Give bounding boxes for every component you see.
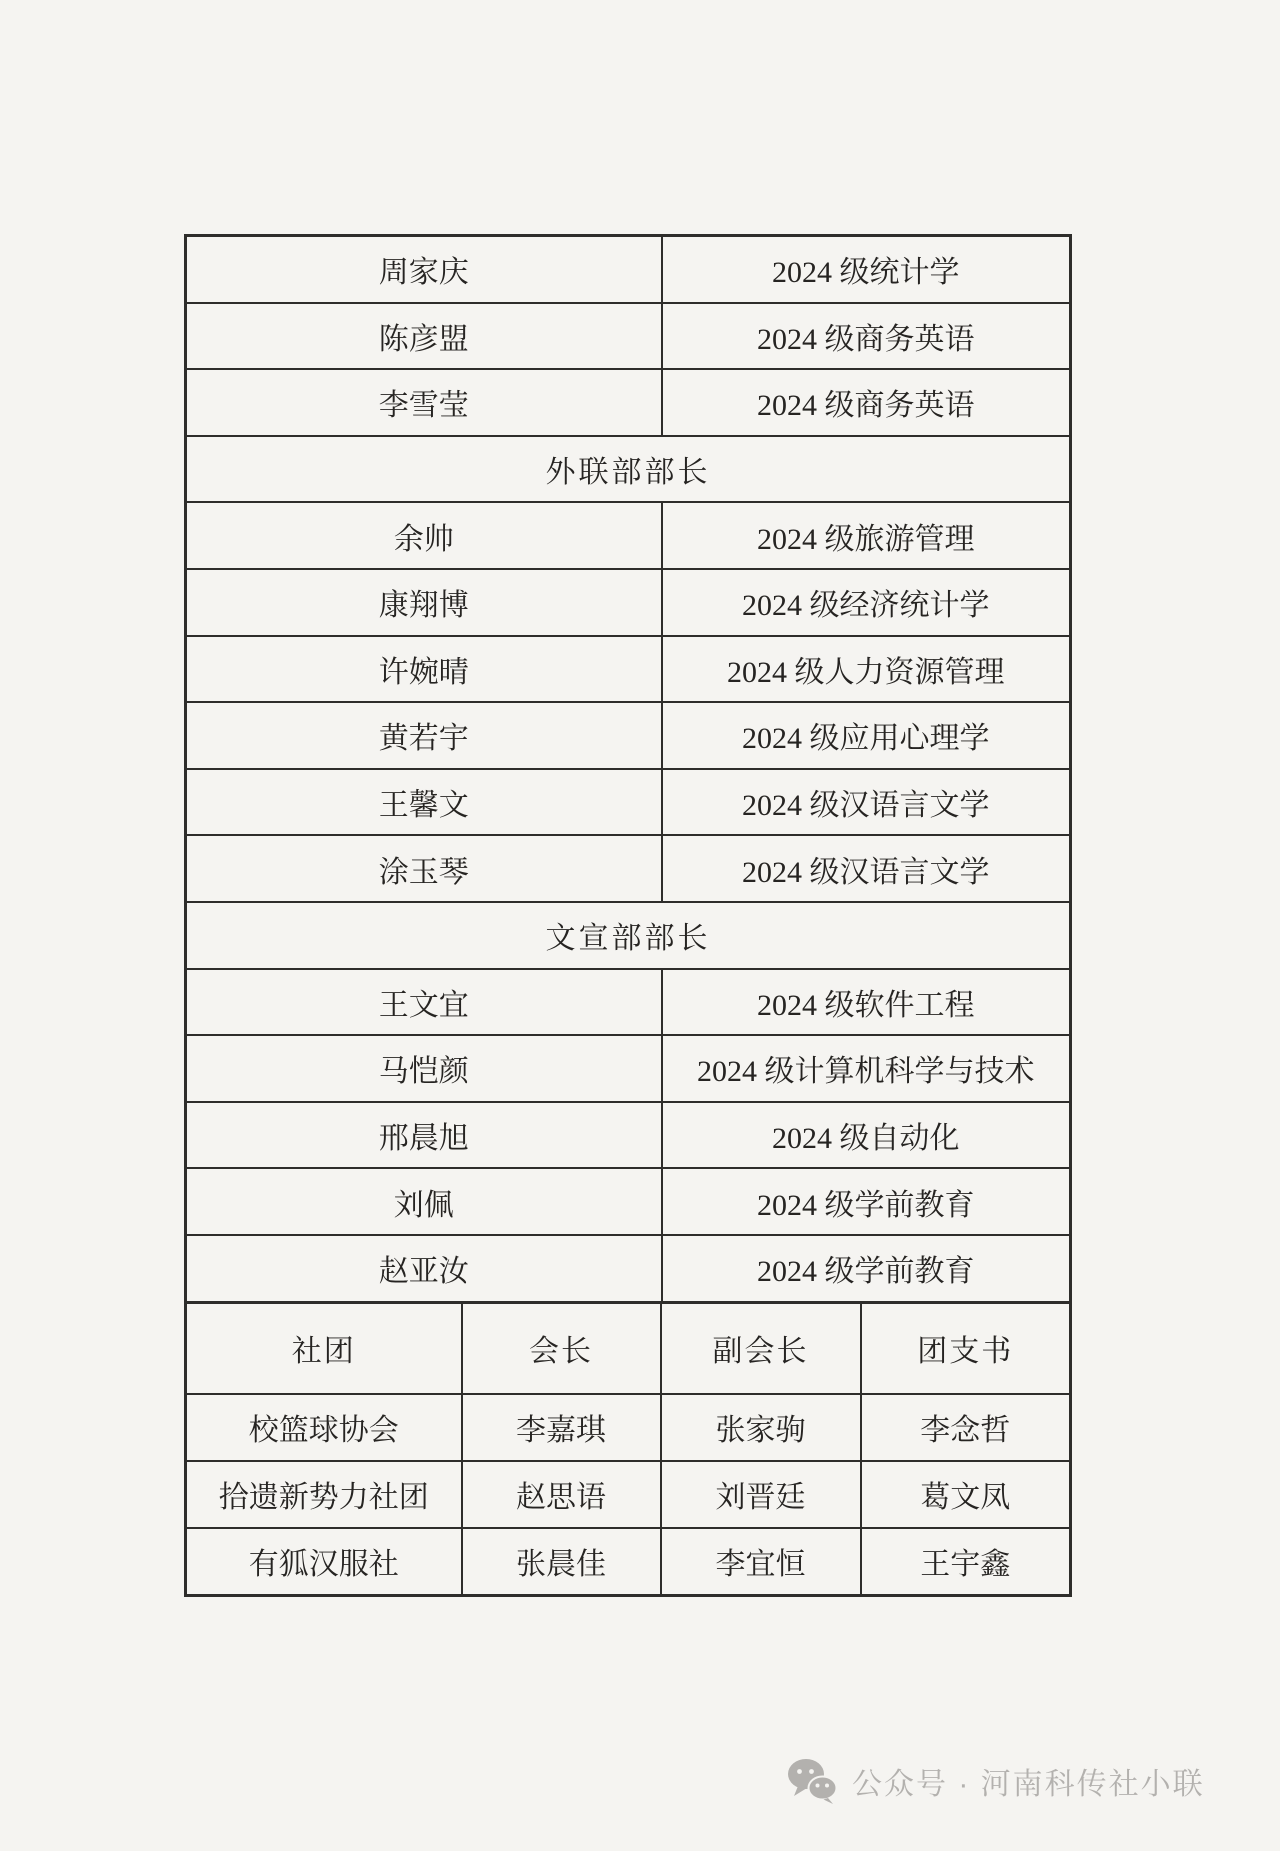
member-name-cell: 许婉晴 — [186, 636, 662, 703]
table-row: 余帅 2024 级旅游管理 — [186, 502, 1071, 569]
club-name-cell: 拾遗新势力社团 — [186, 1461, 462, 1528]
club-president-cell: 张晨佳 — [462, 1528, 661, 1596]
table-row: 陈彦盟 2024 级商务英语 — [186, 303, 1071, 370]
member-major-cell: 2024 级学前教育 — [662, 1235, 1071, 1302]
member-major-cell: 2024 级统计学 — [662, 236, 1071, 303]
club-secretary-cell: 李念哲 — [861, 1394, 1071, 1461]
member-name-cell: 康翔博 — [186, 569, 662, 636]
table-row: 马恺颜 2024 级计算机科学与技术 — [186, 1035, 1071, 1102]
table-row: 校篮球协会 李嘉琪 张家驹 李念哲 — [186, 1394, 1071, 1461]
club-secretary-cell: 王宇鑫 — [861, 1528, 1071, 1596]
member-major-cell: 2024 级汉语言文学 — [662, 769, 1071, 836]
member-major-cell: 2024 级经济统计学 — [662, 569, 1071, 636]
scanned-document: 周家庆 2024 级统计学 陈彦盟 2024 级商务英语 李雪莹 2024 级商… — [184, 234, 1069, 1597]
club-header-cell: 会长 — [462, 1302, 661, 1394]
table-row: 刘佩 2024 级学前教育 — [186, 1168, 1071, 1235]
table-row: 许婉晴 2024 级人力资源管理 — [186, 636, 1071, 703]
member-major-cell: 2024 级自动化 — [662, 1102, 1071, 1169]
table-row: 王文宜 2024 级软件工程 — [186, 969, 1071, 1036]
table-row: 王馨文 2024 级汉语言文学 — [186, 769, 1071, 836]
club-vice-president-cell: 刘晋廷 — [661, 1461, 861, 1528]
member-name-cell: 赵亚汝 — [186, 1235, 662, 1302]
member-name-cell: 刘佩 — [186, 1168, 662, 1235]
watermark-text: 公众号 · 河南科传社小联 — [852, 1759, 1205, 1803]
club-header-cell: 社团 — [186, 1302, 462, 1394]
member-major-cell: 2024 级商务英语 — [662, 303, 1071, 370]
member-name-cell: 王馨文 — [186, 769, 662, 836]
member-name-cell: 黄若宇 — [186, 702, 662, 769]
member-name-cell: 涂玉琴 — [186, 835, 662, 902]
member-major-cell: 2024 级商务英语 — [662, 369, 1071, 436]
member-name-cell: 余帅 — [186, 502, 662, 569]
section-header-cell: 外联部部长 — [186, 436, 1071, 503]
club-header-cell: 团支书 — [861, 1302, 1071, 1394]
table-row: 周家庆 2024 级统计学 — [186, 236, 1071, 303]
member-name-cell: 邢晨旭 — [186, 1102, 662, 1169]
club-secretary-cell: 葛文凤 — [861, 1461, 1071, 1528]
member-name-cell: 周家庆 — [186, 236, 662, 303]
table-row: 康翔博 2024 级经济统计学 — [186, 569, 1071, 636]
club-header-cell: 副会长 — [661, 1302, 861, 1394]
table-row: 有狐汉服社 张晨佳 李宜恒 王宇鑫 — [186, 1528, 1071, 1596]
club-vice-president-cell: 张家驹 — [661, 1394, 861, 1461]
table-row: 李雪莹 2024 级商务英语 — [186, 369, 1071, 436]
roster-table: 周家庆 2024 级统计学 陈彦盟 2024 级商务英语 李雪莹 2024 级商… — [184, 234, 1072, 1304]
member-major-cell: 2024 级旅游管理 — [662, 502, 1071, 569]
club-president-cell: 赵思语 — [462, 1461, 661, 1528]
section-row: 外联部部长 — [186, 436, 1071, 503]
section-row: 文宣部部长 — [186, 902, 1071, 969]
member-name-cell: 马恺颜 — [186, 1035, 662, 1102]
member-major-cell: 2024 级学前教育 — [662, 1168, 1071, 1235]
club-vice-president-cell: 李宜恒 — [661, 1528, 861, 1596]
member-major-cell: 2024 级软件工程 — [662, 969, 1071, 1036]
table-row: 赵亚汝 2024 级学前教育 — [186, 1235, 1071, 1302]
section-header-cell: 文宣部部长 — [186, 902, 1071, 969]
table-row: 邢晨旭 2024 级自动化 — [186, 1102, 1071, 1169]
table-row: 黄若宇 2024 级应用心理学 — [186, 702, 1071, 769]
member-major-cell: 2024 级汉语言文学 — [662, 835, 1071, 902]
table-row: 拾遗新势力社团 赵思语 刘晋廷 葛文凤 — [186, 1461, 1071, 1528]
member-major-cell: 2024 级计算机科学与技术 — [662, 1035, 1071, 1102]
club-name-cell: 有狐汉服社 — [186, 1528, 462, 1596]
wechat-icon — [786, 1758, 838, 1804]
member-major-cell: 2024 级应用心理学 — [662, 702, 1071, 769]
club-table: 社团 会长 副会长 团支书 校篮球协会 李嘉琪 张家驹 李念哲 拾遗新势力社团 … — [184, 1301, 1072, 1597]
club-header-row: 社团 会长 副会长 团支书 — [186, 1302, 1071, 1394]
member-major-cell: 2024 级人力资源管理 — [662, 636, 1071, 703]
member-name-cell: 李雪莹 — [186, 369, 662, 436]
wechat-watermark: 公众号 · 河南科传社小联 — [786, 1758, 1205, 1804]
club-name-cell: 校篮球协会 — [186, 1394, 462, 1461]
member-name-cell: 王文宜 — [186, 969, 662, 1036]
table-row: 涂玉琴 2024 级汉语言文学 — [186, 835, 1071, 902]
club-president-cell: 李嘉琪 — [462, 1394, 661, 1461]
member-name-cell: 陈彦盟 — [186, 303, 662, 370]
